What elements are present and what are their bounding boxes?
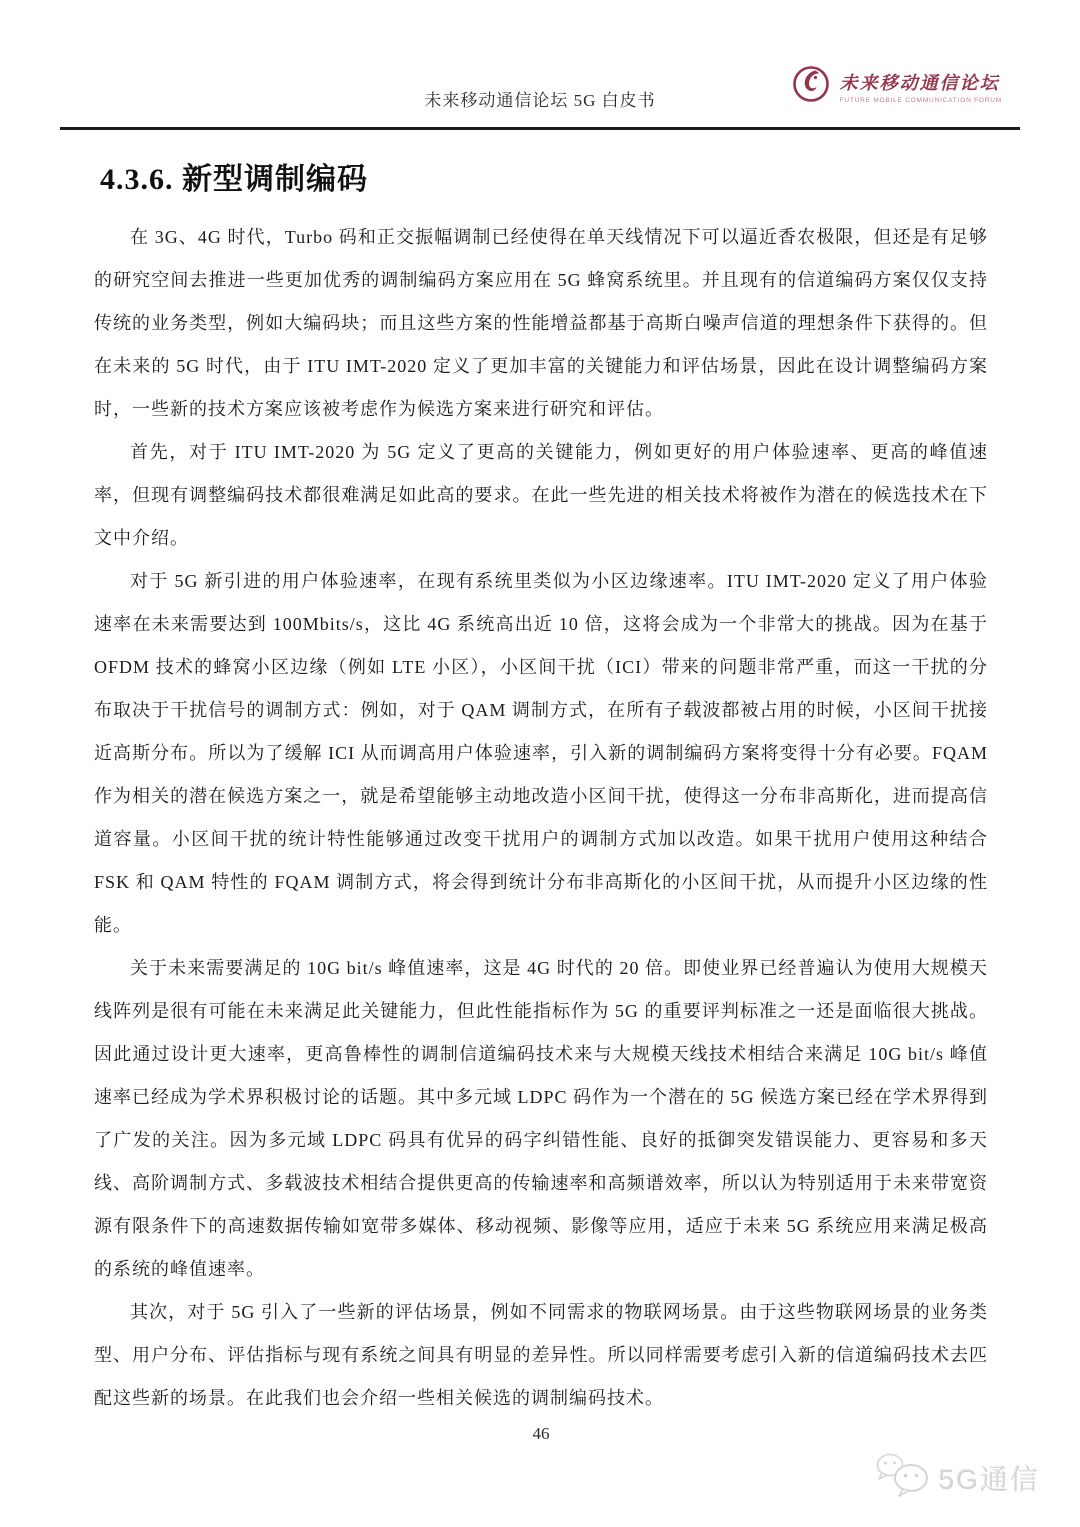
page-header: 未来移动通信论坛 5G 白皮书 未来移动通信论坛 FUTURE MOBILE C… [0, 0, 1080, 130]
page-number: 46 [94, 1424, 988, 1444]
forum-logo-name-en: FUTURE MOBILE COMMUNICATION FORUM [840, 97, 1002, 104]
body-paragraph-4: 关于未来需要满足的 10G bit/s 峰值速率，这是 4G 时代的 20 倍。… [94, 947, 988, 1291]
section-heading: 4.3.6. 新型调制编码 [100, 154, 988, 198]
body-paragraph-5: 其次，对于 5G 引入了一些新的评估场景，例如不同需求的物联网场景。由于这些物联… [94, 1291, 988, 1420]
forum-logo-text: 未来移动通信论坛 FUTURE MOBILE COMMUNICATION FOR… [840, 69, 1002, 104]
header-divider [60, 127, 1020, 130]
body-paragraph-1: 在 3G、4G 时代，Turbo 码和正交振幅调制已经使得在单天线情况下可以逼近… [94, 216, 988, 431]
body-paragraph-3: 对于 5G 新引进的用户体验速率，在现有系统里类似为小区边缘速率。ITU IMT… [94, 560, 988, 947]
page-body: 4.3.6. 新型调制编码 在 3G、4G 时代，Turbo 码和正交振幅调制已… [0, 154, 1080, 1444]
forum-logo-name-cn: 未来移动通信论坛 [840, 69, 1002, 95]
forum-logo: 未来移动通信论坛 FUTURE MOBILE COMMUNICATION FOR… [791, 64, 1002, 109]
wechat-icon [875, 1452, 933, 1503]
watermark-label: 5G通信 [939, 1458, 1040, 1498]
wechat-watermark: 5G通信 [875, 1452, 1040, 1503]
forum-emblem-icon [791, 64, 831, 109]
body-paragraph-2: 首先，对于 ITU IMT-2020 为 5G 定义了更高的关键能力，例如更好的… [94, 431, 988, 560]
document-page: 未来移动通信论坛 5G 白皮书 未来移动通信论坛 FUTURE MOBILE C… [0, 0, 1080, 1527]
